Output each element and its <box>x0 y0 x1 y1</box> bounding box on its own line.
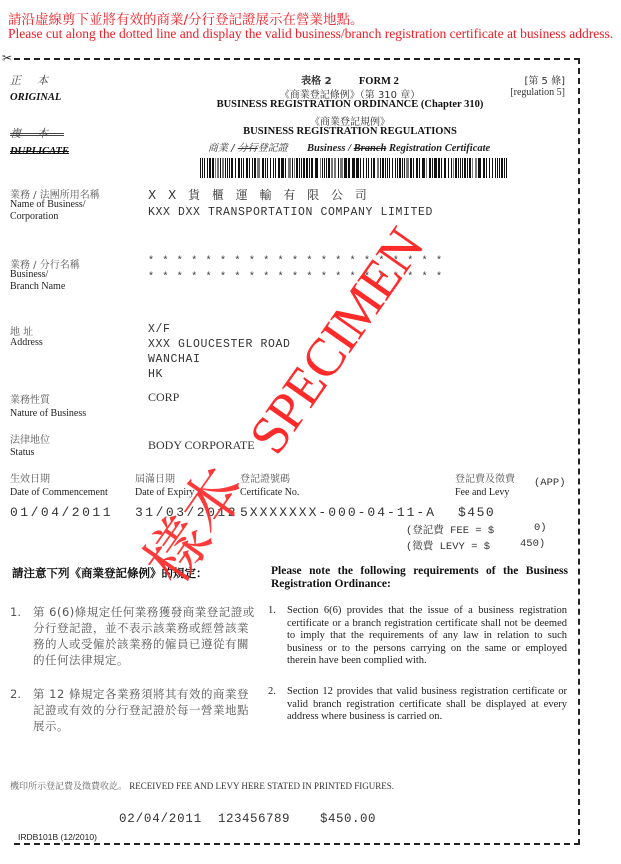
business-name-en: KXX DXX TRANSPORTATION COMPANY LIMITED <box>148 206 433 219</box>
certificate-no-value: 5XXXXXXX-000-04-11-A <box>240 505 436 520</box>
expiry-label-en: Date of Expiry <box>135 487 194 499</box>
business-name-label-en-1: Name of Business/ <box>10 199 86 211</box>
receipt-date: 02/04/2011 <box>119 812 202 826</box>
nature-value: CORP <box>148 390 179 405</box>
receipt-amount: $450.00 <box>320 812 376 826</box>
scissor-icon: ✂ <box>2 52 12 64</box>
regulations-en: BUSINESS REGISTRATION REGULATIONS <box>170 126 530 137</box>
address-label-en: Address <box>10 337 43 349</box>
original-label-en: ORIGINAL <box>10 92 61 103</box>
duplicate-label-zh: 複本 <box>10 125 64 141</box>
fee-breakdown-value: 0) <box>534 522 547 534</box>
cert-title-en-a: Business / <box>307 143 354 154</box>
receipt-number: 123456789 <box>218 812 290 826</box>
fee-app: (APP) <box>534 477 566 489</box>
cert-title-zh-branch: 分行 <box>238 143 258 154</box>
cut-notice-en: Please cut along the dotted line and dis… <box>8 26 613 42</box>
original-label-zh: 正本 <box>10 72 64 88</box>
note-en-2-text: Section 12 provides that valid business … <box>287 686 567 724</box>
cert-title-zh-a: 商業 / <box>208 143 238 154</box>
note-en-2-number: 2. <box>268 686 276 699</box>
fee-total: $450 <box>458 505 495 520</box>
status-label-en: Status <box>10 447 34 459</box>
cut-notice-zh: 請沿虛線剪下並將有效的商業/分行登記證展示在營業地點。 <box>8 8 364 28</box>
duplicate-label-en: DUPLICATE <box>10 146 69 157</box>
note-zh-1-text: 第 6(6)條規定任何業務獲發商業登記證或分行登記證，並不表示該業務或經營該業務… <box>33 604 255 668</box>
expiry-value: 31/03/2012 <box>135 505 238 520</box>
nature-label-en: Nature of Business <box>10 408 86 420</box>
cert-title-en-branch: Branch <box>354 143 387 154</box>
commencement-value: 01/04/2011 <box>10 505 113 520</box>
fee-label-en: Fee and Levy <box>455 487 509 499</box>
barcode <box>200 158 507 178</box>
cert-title-zh-c: 登記證 <box>258 143 288 154</box>
address-line-4: HK <box>148 368 163 381</box>
certificate-no-label-zh: 登記證號碼 <box>240 470 290 485</box>
address-line-3: WANCHAI <box>148 353 201 366</box>
certificate-no-label-en: Certificate No. <box>240 487 299 499</box>
regulation-ref-zh: [第 5 條] <box>490 72 565 87</box>
branch-name-line-1: * * * * * * * * * * * * * * * * * * * * … <box>148 256 443 267</box>
certificate-title: 商業 / 分行登記證 Business / Branch Registratio… <box>208 139 490 154</box>
note-zh-2-text: 第 12 條規定各業務須將其有效的商業登記證或有效的分行登記證於每一營業地點展示… <box>33 686 255 734</box>
branch-name-label-en-1: Business/ <box>10 269 48 281</box>
receipt-statement-en: RECEIVED FEE AND LEVY HERE STATED IN PRI… <box>129 781 394 791</box>
notes-heading-zh: 請注意下列《商業登記條例》的規定： <box>12 565 208 581</box>
commencement-label-zh: 生效日期 <box>10 470 50 485</box>
fee-label-zh: 登記費及徵費 <box>455 470 515 485</box>
nature-label-zh: 業務性質 <box>10 391 50 406</box>
expiry-label-zh: 屆滿日期 <box>135 470 175 485</box>
note-zh-2-number: 2. <box>10 686 21 702</box>
business-name-label-en-2: Corporation <box>10 211 58 223</box>
receipt-statement-zh: 機印所示登記費及徵費收訖。 <box>10 782 127 792</box>
levy-breakdown-value: 450) <box>520 538 545 550</box>
address-line-1: X/F <box>148 323 171 336</box>
ordinance-en: BUSINESS REGISTRATION ORDINANCE (Chapter… <box>170 99 530 110</box>
form-number: 表格 2 FORM 2 <box>170 72 530 87</box>
note-en-1-number: 1. <box>268 605 276 618</box>
branch-name-line-2: * * * * * * * * * * * * * * * * * * * * … <box>148 272 443 283</box>
business-name-zh: X X 貨 櫃 運 輸 有 限 公 司 <box>148 186 371 203</box>
branch-name-label-en-2: Branch Name <box>10 281 65 293</box>
status-value: BODY CORPORATE <box>148 438 255 453</box>
note-zh-1-number: 1. <box>10 604 21 620</box>
receipt-statement: 機印所示登記費及徵費收訖。 RECEIVED FEE AND LEVY HERE… <box>10 779 394 792</box>
address-label-zh: 地 址 <box>10 323 33 338</box>
levy-breakdown-label: (徵費 LEVY = $ <box>406 538 490 553</box>
cert-title-en-c: Registration Certificate <box>386 143 490 154</box>
form-code: IRDB101B (12/2010) <box>18 832 97 842</box>
commencement-label-en: Date of Commencement <box>10 487 108 499</box>
regulation-ref-en: [regulation 5] <box>490 87 565 98</box>
notes-heading-en: Please note the following requirements o… <box>271 565 568 591</box>
address-line-2: XXX GLOUCESTER ROAD <box>148 338 291 351</box>
note-en-1-text: Section 6(6) provides that the issue of … <box>287 605 567 668</box>
status-label-zh: 法律地位 <box>10 431 50 446</box>
fee-breakdown-label: (登記費 FEE = $ <box>406 522 494 537</box>
